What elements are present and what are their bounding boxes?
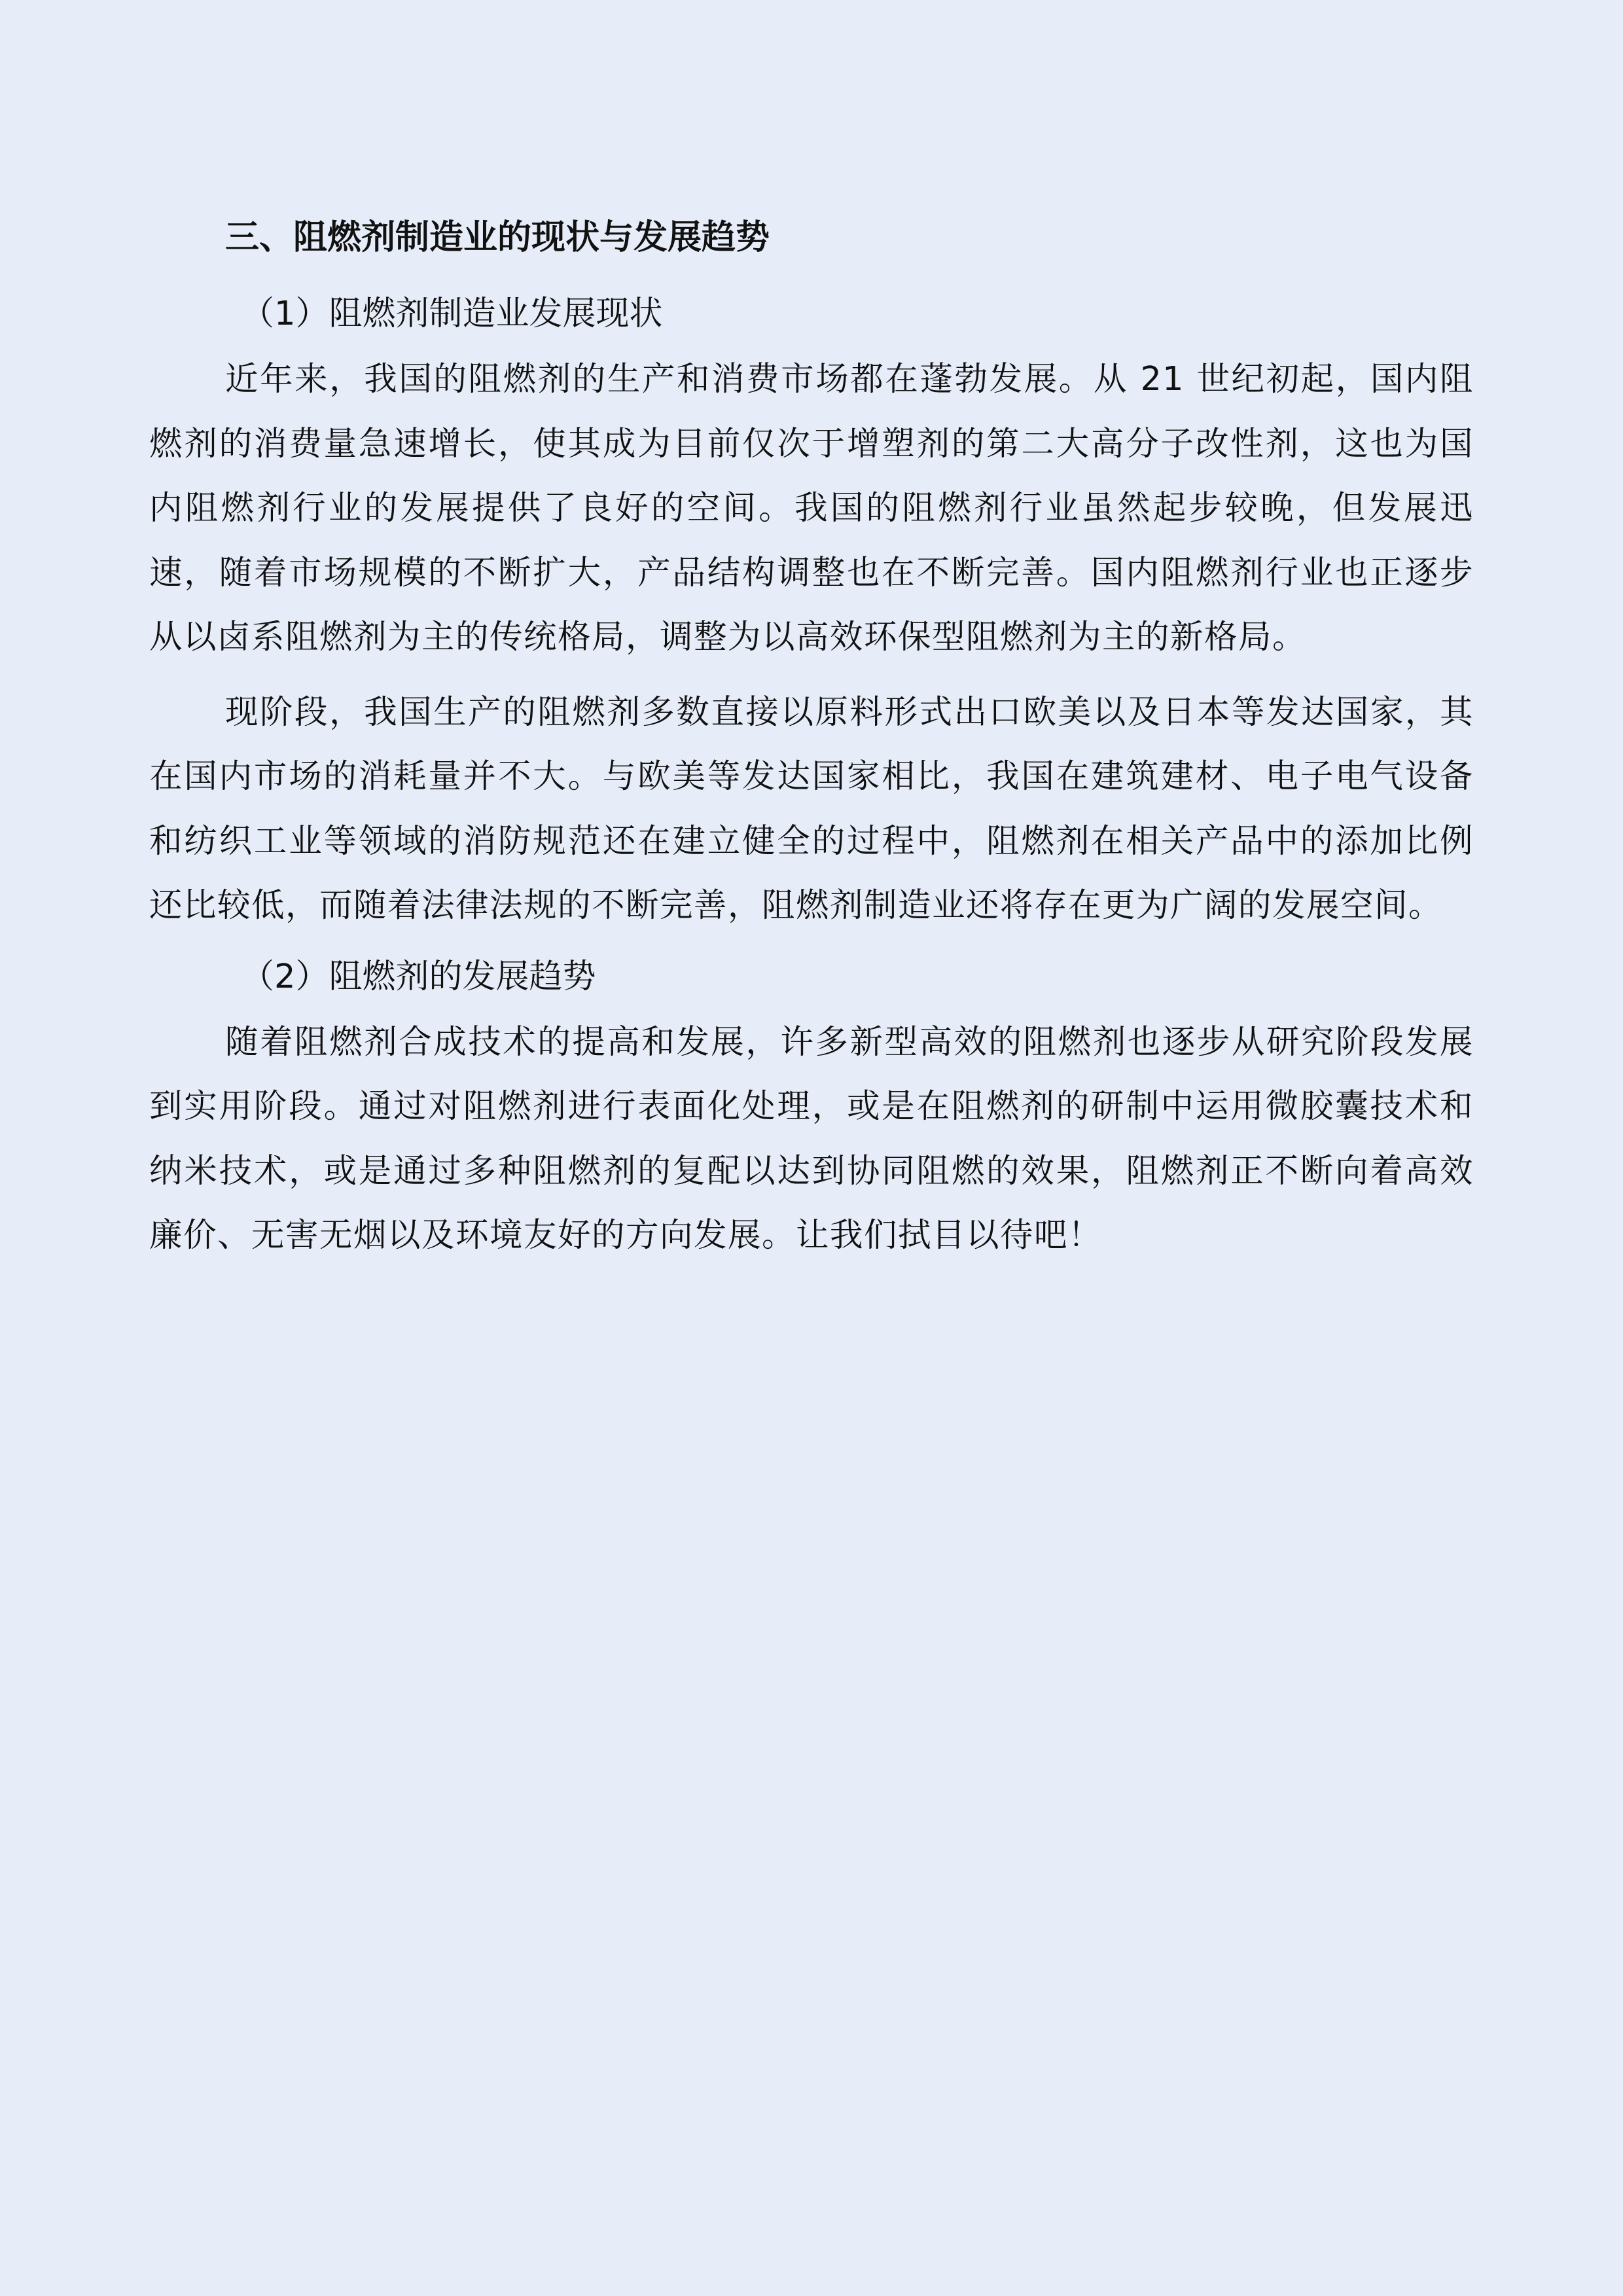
section-title: 三、阻燃剂制造业的现状与发展趋势 (149, 208, 1474, 267)
subsection-title-status: （1）阻燃剂制造业发展现状 (149, 281, 1474, 347)
paragraph-market-growth: 近年来，我国的阻燃剂的生产和消费市场都在蓬勃发展。从 21 世纪初起，国内阻燃剂… (149, 347, 1474, 670)
document-body: 三、阻燃剂制造业的现状与发展趋势 （1）阻燃剂制造业发展现状 近年来，我国的阻燃… (149, 208, 1474, 1268)
document-page: 三、阻燃剂制造业的现状与发展趋势 （1）阻燃剂制造业发展现状 近年来，我国的阻燃… (0, 0, 1623, 2296)
subsection-title-trends: （2）阻燃剂的发展趋势 (149, 944, 1474, 1010)
paragraph-export-and-regulation: 现阶段，我国生产的阻燃剂多数直接以原料形式出口欧美以及日本等发达国家，其在国内市… (149, 680, 1474, 938)
paragraph-development-trends: 随着阻燃剂合成技术的提高和发展，许多新型高效的阻燃剂也逐步从研究阶段发展到实用阶… (149, 1010, 1474, 1268)
